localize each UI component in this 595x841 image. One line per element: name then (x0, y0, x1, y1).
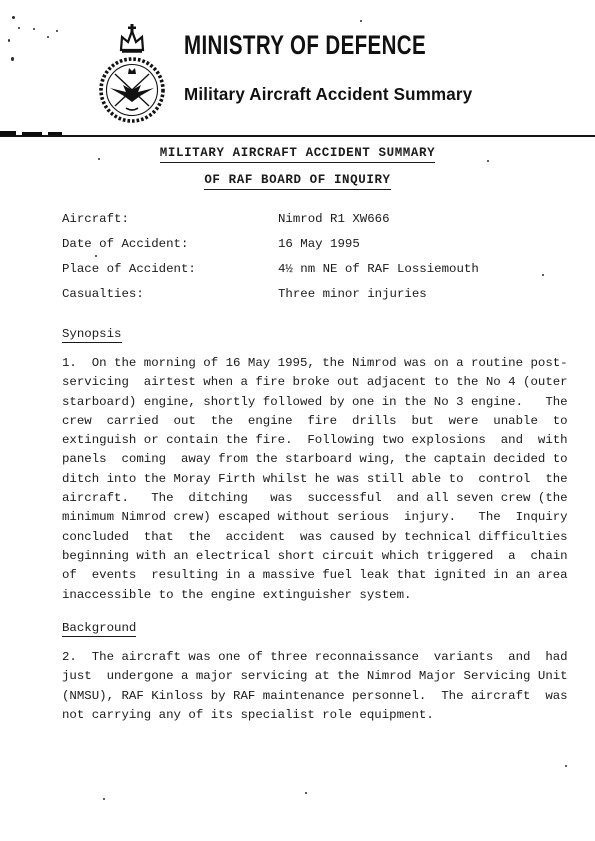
scan-speck (565, 765, 567, 767)
org-name: MINISTRY OF DEFENCE (184, 30, 426, 61)
report-title-line2-wrap: OF RAF BOARD OF INQUIRY (12, 170, 583, 190)
field-label: Date of Accident: (62, 237, 278, 262)
scan-speck (56, 30, 58, 32)
body-line: of events resulting in a massive fuel le… (62, 566, 574, 585)
body-line: inaccessible to the engine extinguisher … (62, 586, 574, 605)
scan-speck (33, 28, 35, 30)
section-heading-synopsis: Synopsis (62, 327, 122, 343)
scan-speck (305, 792, 307, 794)
scan-speck (8, 39, 10, 42)
scan-speck (47, 36, 49, 38)
body-line: extinguish or contain the fire. Followin… (62, 431, 574, 450)
scan-speck (360, 20, 362, 22)
scan-speck (103, 798, 105, 800)
scan-speck (12, 16, 15, 19)
background-paragraph: 2. The aircraft was one of three reconna… (62, 648, 574, 725)
field-row-aircraft: Aircraft: Nimrod R1 XW666 (62, 212, 568, 237)
body-line: beginning with an electrical short circu… (62, 547, 574, 566)
scan-speck (11, 57, 14, 61)
field-row-place: Place of Accident: 4½ nm NE of RAF Lossi… (62, 262, 568, 287)
body-line: concluded that the accident was caused b… (62, 528, 574, 547)
body-line: (NMSU), RAF Kinloss by RAF maintenance p… (62, 687, 574, 706)
doc-type: Military Aircraft Accident Summary (184, 84, 472, 105)
mod-crest-icon (98, 22, 168, 128)
field-label: Aircraft: (62, 212, 278, 237)
body-line: 2. The aircraft was one of three reconna… (62, 648, 574, 667)
field-value: Three minor injuries (278, 287, 427, 312)
body-line: minimum Nimrod crew) escaped without ser… (62, 508, 574, 527)
field-value: 4½ nm NE of RAF Lossiemouth (278, 262, 479, 287)
body-line: not carrying any of its specialist role … (62, 706, 574, 725)
divider-smudge (22, 132, 42, 136)
report-title-line2: OF RAF BOARD OF INQUIRY (204, 173, 390, 190)
section-heading-background: Background (62, 621, 136, 637)
synopsis-paragraph: 1. On the morning of 16 May 1995, the Ni… (62, 354, 574, 605)
field-row-date: Date of Accident: 16 May 1995 (62, 237, 568, 262)
body-line: 1. On the morning of 16 May 1995, the Ni… (62, 354, 574, 373)
field-label: Place of Accident: (62, 262, 278, 287)
report-title-line1-wrap: MILITARY AIRCRAFT ACCIDENT SUMMARY (12, 143, 583, 163)
field-label: Casualties: (62, 287, 278, 312)
field-row-casualties: Casualties: Three minor injuries (62, 287, 568, 312)
field-value: 16 May 1995 (278, 237, 360, 262)
field-value: Nimrod R1 XW666 (278, 212, 390, 237)
body-line: panels coming away from the starboard wi… (62, 450, 574, 469)
body-line: servicing airtest when a fire broke out … (62, 373, 574, 392)
body-line: ditch into the Moray Firth whilst he was… (62, 470, 574, 489)
document-page: MINISTRY OF DEFENCE Military Aircraft Ac… (0, 0, 595, 841)
body-line: just undergone a major servicing at the … (62, 667, 574, 686)
scan-speck (18, 27, 20, 29)
body-line: starboard) engine, shortly followed by o… (62, 393, 574, 412)
summary-fields: Aircraft: Nimrod R1 XW666 Date of Accide… (62, 212, 568, 312)
body-line: crew carried out the engine fire drills … (62, 412, 574, 431)
report-title-line1: MILITARY AIRCRAFT ACCIDENT SUMMARY (160, 146, 435, 163)
divider-smudge (48, 132, 62, 135)
header-divider (0, 135, 595, 137)
body-line: aircraft. The ditching was successful an… (62, 489, 574, 508)
divider-smudge (0, 131, 16, 136)
